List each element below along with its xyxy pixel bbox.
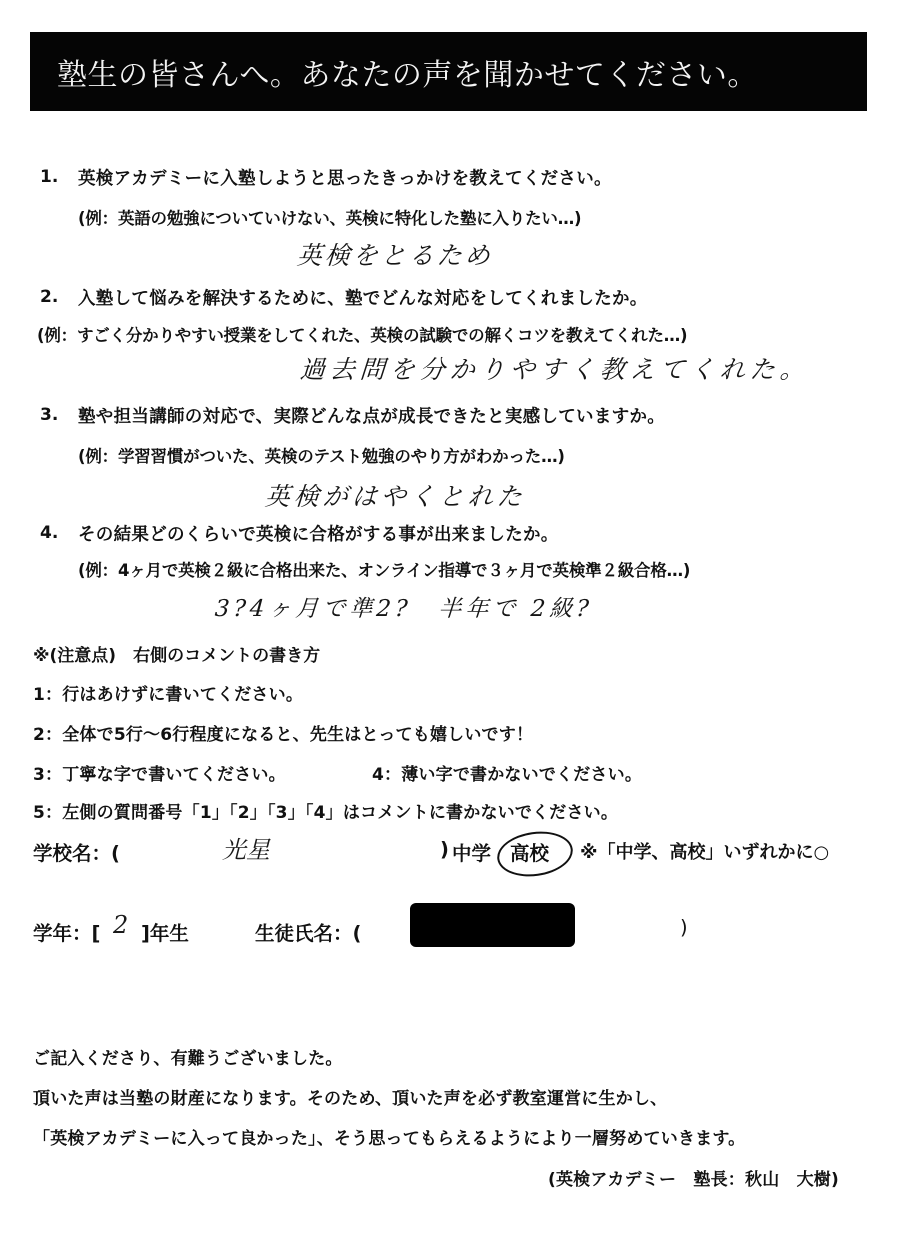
student-name-redaction[interactable]	[410, 903, 575, 947]
question-text: 英検アカデミーに入塾しようと思ったきっかけを教えてください。	[78, 165, 612, 190]
note-item: 2：全体で5行～6行程度になると、先生はとっても嬉しいです！	[33, 720, 533, 745]
student-name-close: )	[680, 916, 688, 939]
question-example: (例：学習習慣がついた、英検のテスト勉強のやり方がわかった…)	[78, 443, 565, 467]
school-name-field[interactable]: 光星	[222, 830, 270, 865]
handwritten-answer: 3?4ヶ月で準2? 半年で 2級?	[214, 590, 594, 623]
school-name-close: )	[440, 838, 449, 861]
question-text: 入塾して悩みを解決するために、塾でどんな対応をしてくれましたか。	[78, 285, 648, 310]
signature: (英検アカデミー 塾長：秋山 大樹)	[548, 1165, 839, 1190]
student-name-label: 生徒氏名：(	[255, 918, 361, 946]
grade-field[interactable]: 2	[113, 911, 128, 939]
question-example: (例：英語の勉強についていけない、英検に特化した塾に入りたい…)	[78, 205, 581, 229]
grade-label: 学年：[	[33, 918, 100, 946]
closing-line: ご記入くださり、有難うございました。	[33, 1044, 343, 1069]
question-example: (例：4ヶ月で英検２級に合格出来た、オンライン指導で３ヶ月で英検準２級合格…)	[78, 557, 690, 581]
question-example: (例：すごく分かりやすい授業をしてくれた、英検の試験での解くコツを教えてくれた……	[37, 322, 687, 346]
selection-circle-mark	[494, 827, 575, 881]
page-title: 塾生の皆さんへ。あなたの声を聞かせてください。	[57, 50, 758, 94]
closing-line: 頂いた声は当塾の財産になります。そのため、頂いた声を必ず教室運営に生かし、	[33, 1084, 667, 1109]
question-number: 4.	[40, 523, 58, 543]
header-banner: 塾生の皆さんへ。あなたの声を聞かせてください。	[30, 32, 867, 111]
note-item: 1：行はあけずに書いてください。	[33, 680, 303, 705]
school-name-label: 学校名：(	[33, 838, 120, 866]
question-text: その結果どのくらいで英検に合格がする事が出来ましたか。	[78, 521, 559, 546]
handwritten-answer: 過去問を分かりやすく教えてくれた。	[299, 350, 812, 386]
handwritten-answer: 英検がはやくとれた	[264, 477, 528, 513]
question-number: 2.	[40, 287, 58, 307]
question-number: 3.	[40, 405, 58, 425]
grade-suffix: ]年生	[141, 918, 189, 946]
middle-school-option[interactable]: 中学	[452, 838, 491, 866]
handwritten-answer: 英検をとるため	[296, 236, 495, 272]
note-item: 3：丁寧な字で書いてください。	[33, 760, 286, 785]
note-item: 4：薄い字で書かないでください。	[372, 760, 642, 785]
school-type-note: ※「中学、高校」いずれかに○	[580, 838, 829, 864]
note-item: 5：左側の質問番号「1」「2」「3」「4」はコメントに書かないでください。	[33, 798, 618, 823]
question-number: 1.	[40, 167, 58, 187]
closing-line: 「英検アカデミーに入って良かった」、そう思ってもらえるようにより一層努めていきま…	[33, 1124, 745, 1149]
notes-heading: ※(注意点) 右側のコメントの書き方	[33, 641, 320, 666]
question-text: 塾や担当講師の対応で、実際どんな点が成長できたと実感していますか。	[78, 403, 665, 428]
